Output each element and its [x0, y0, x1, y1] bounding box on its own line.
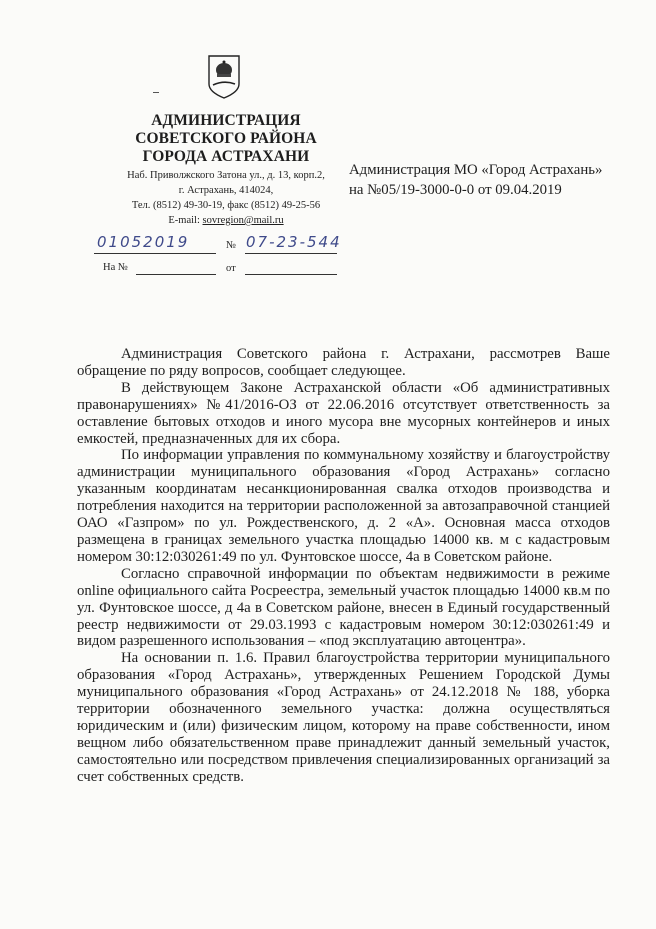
in-reply-label: На № — [103, 262, 128, 273]
coat-of-arms-icon — [207, 54, 241, 100]
address-line2: г. Астрахань, 414024, — [82, 183, 370, 198]
recipient-line2: на №05/19-3000-0-0 от 09.04.2019 — [349, 180, 649, 200]
outgoing-number-underline — [245, 253, 337, 254]
from-label: от — [226, 263, 236, 274]
outgoing-date-underline — [94, 253, 216, 254]
scan-artifact — [153, 92, 159, 93]
email-line: E-mail: sovregion@mail.ru — [82, 213, 370, 228]
body-paragraph-3: По информации управления по коммунальном… — [77, 447, 610, 565]
recipient-block: Администрация МО «Город Астрахань» на №0… — [349, 160, 649, 200]
outgoing-date-handwritten: 01052019 — [97, 233, 189, 251]
phone-line: Тел. (8512) 49-30-19, факс (8512) 49-25-… — [82, 198, 370, 213]
body-paragraph-2: В действующем Законе Астраханской област… — [77, 380, 610, 448]
outgoing-number-handwritten: 07-23-544 — [246, 233, 342, 251]
in-reply-underline — [136, 274, 216, 275]
org-address: Наб. Приволжского Затона ул., д. 13, кор… — [82, 168, 370, 228]
address-line1: Наб. Приволжского Затона ул., д. 13, кор… — [82, 168, 370, 183]
email-link[interactable]: sovregion@mail.ru — [203, 215, 284, 226]
org-name-line3: ГОРОДА АСТРАХАНИ — [82, 148, 370, 166]
from-underline — [245, 274, 337, 275]
letter-body: Администрация Советского района г. Астра… — [77, 346, 610, 786]
body-paragraph-4: Согласно справочной информации по объект… — [77, 566, 610, 651]
body-paragraph-5: На основании п. 1.6. Правил благоустройс… — [77, 650, 610, 785]
number-label: № — [226, 240, 236, 251]
org-name-line2: СОВЕТСКОГО РАЙОНА — [82, 130, 370, 148]
letterhead: АДМИНИСТРАЦИЯ СОВЕТСКОГО РАЙОНА ГОРОДА А… — [82, 112, 370, 228]
body-paragraph-1: Администрация Советского района г. Астра… — [77, 346, 610, 380]
org-name-line1: АДМИНИСТРАЦИЯ — [82, 112, 370, 130]
recipient-line1: Администрация МО «Город Астрахань» — [349, 160, 649, 180]
email-label: E-mail: — [168, 215, 202, 226]
letter-page: АДМИНИСТРАЦИЯ СОВЕТСКОГО РАЙОНА ГОРОДА А… — [0, 0, 656, 929]
